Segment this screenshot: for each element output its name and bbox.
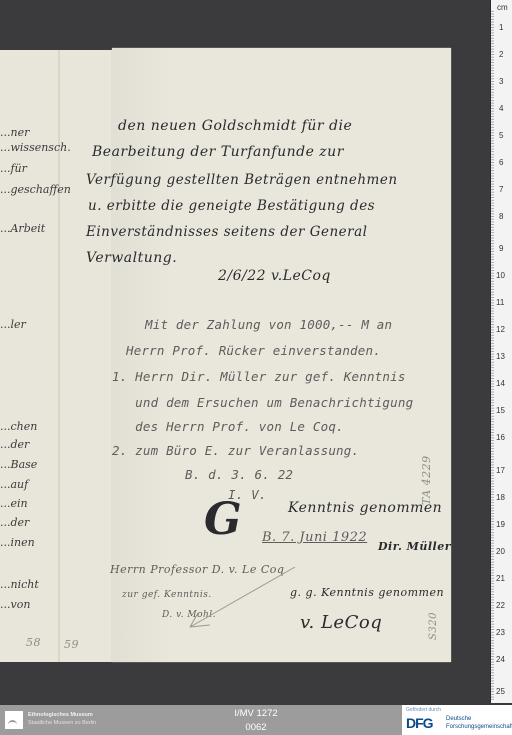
ruler-mark: 7: [499, 185, 503, 194]
viewer-footer: Ethnologisches Museum Staatliche Museen …: [0, 705, 512, 735]
handwritten-line: Verwaltung.: [86, 250, 177, 266]
dfg-sponsor-block: Gefördert durch DFG Deutsche Forschungsg…: [402, 705, 512, 735]
handwritten-line: den neuen Goldschmidt für die: [118, 118, 352, 134]
left-fragment: ...wissensch.: [0, 141, 71, 154]
typed-line: und dem Ersuchen um Benachrichtigung: [112, 395, 413, 410]
mueller-signature: Dir. Müller: [378, 540, 451, 553]
kenntnis-lecoq: g. g. Kenntnis genommen: [290, 586, 444, 599]
ruler-mark: 8: [499, 212, 503, 221]
left-fragment: ...ner: [0, 126, 29, 139]
side-stamp-bottom: S320: [428, 612, 439, 640]
left-fragment: ...nicht: [0, 578, 39, 591]
ruler-mark: 2: [499, 50, 503, 59]
left-fragment: ...der: [0, 516, 29, 529]
side-stamp-top: TA 4229: [420, 455, 433, 505]
left-fragment: ...der: [0, 438, 29, 451]
ruler-mark: 4: [499, 104, 503, 113]
ruler-mark: 5: [499, 131, 503, 140]
document-scan: ...ner ...wissensch. ...für ...geschaffe…: [0, 0, 490, 703]
ruler-ticks: [491, 0, 499, 703]
cm-ruler: cm 1 2 3 4 5 6 7 8 9 10 11 12 13 14 15 1…: [490, 0, 512, 703]
ruler-mark: 6: [499, 158, 503, 167]
handwritten-line: Bearbeitung der Turfanfunde zur: [92, 144, 344, 160]
date-signature: 2/6/22 v.LeCoq: [218, 268, 331, 284]
kenntnis-date: B. 7. Juni 1922: [262, 530, 367, 545]
left-fragment: ...ler: [0, 318, 26, 331]
typed-line: Mit der Zahlung von 1000,-- M an: [145, 317, 392, 332]
ruler-mark: 1: [499, 23, 503, 32]
typed-line: des Herrn Prof. von Le Coq.: [112, 419, 344, 434]
lecoq-signature: v. LeCoq: [300, 612, 382, 633]
left-fragment: ...geschaffen: [0, 183, 71, 196]
pencil-arrow: [180, 565, 300, 635]
sponsor-name-line1: Deutsche: [446, 716, 471, 722]
left-fragment: ...für: [0, 162, 27, 175]
typed-line: 1. Herrn Dir. Müller zur gef. Kenntnis: [112, 369, 406, 384]
left-fragment: ...Arbeit: [0, 222, 45, 235]
ruler-mark: 9: [499, 244, 503, 253]
handwritten-line: u. erbitte die geneigte Bestätigung des: [88, 198, 375, 214]
signature-initial: G: [204, 494, 242, 545]
typed-date: B. d. 3. 6. 22: [185, 467, 293, 482]
ruler-mark: 3: [499, 77, 503, 86]
left-fragment: ...ein: [0, 497, 28, 510]
left-fragment: ...inen: [0, 536, 35, 549]
left-fragment: ...von: [0, 598, 30, 611]
left-fragment: ...chen: [0, 420, 37, 433]
sponsor-name-line2: Forschungsgemeinschaft: [446, 724, 512, 730]
sponsor-caption: Gefördert durch: [406, 707, 441, 713]
handwritten-line: Verfügung gestellten Beträgen entnehmen: [86, 172, 398, 188]
folio-number: 59: [64, 638, 79, 651]
left-fragment: ...Base: [0, 458, 37, 471]
typed-line: Herrn Prof. Rücker einverstanden.: [126, 343, 381, 358]
typed-line: 2. zum Büro E. zur Veranlassung.: [112, 443, 359, 458]
folio-number: 58: [26, 636, 41, 649]
handwritten-line: Einverständnisses seitens der General: [86, 224, 367, 240]
dfg-logo-icon: DFG: [406, 715, 433, 731]
left-fragment: ...auf: [0, 478, 28, 491]
